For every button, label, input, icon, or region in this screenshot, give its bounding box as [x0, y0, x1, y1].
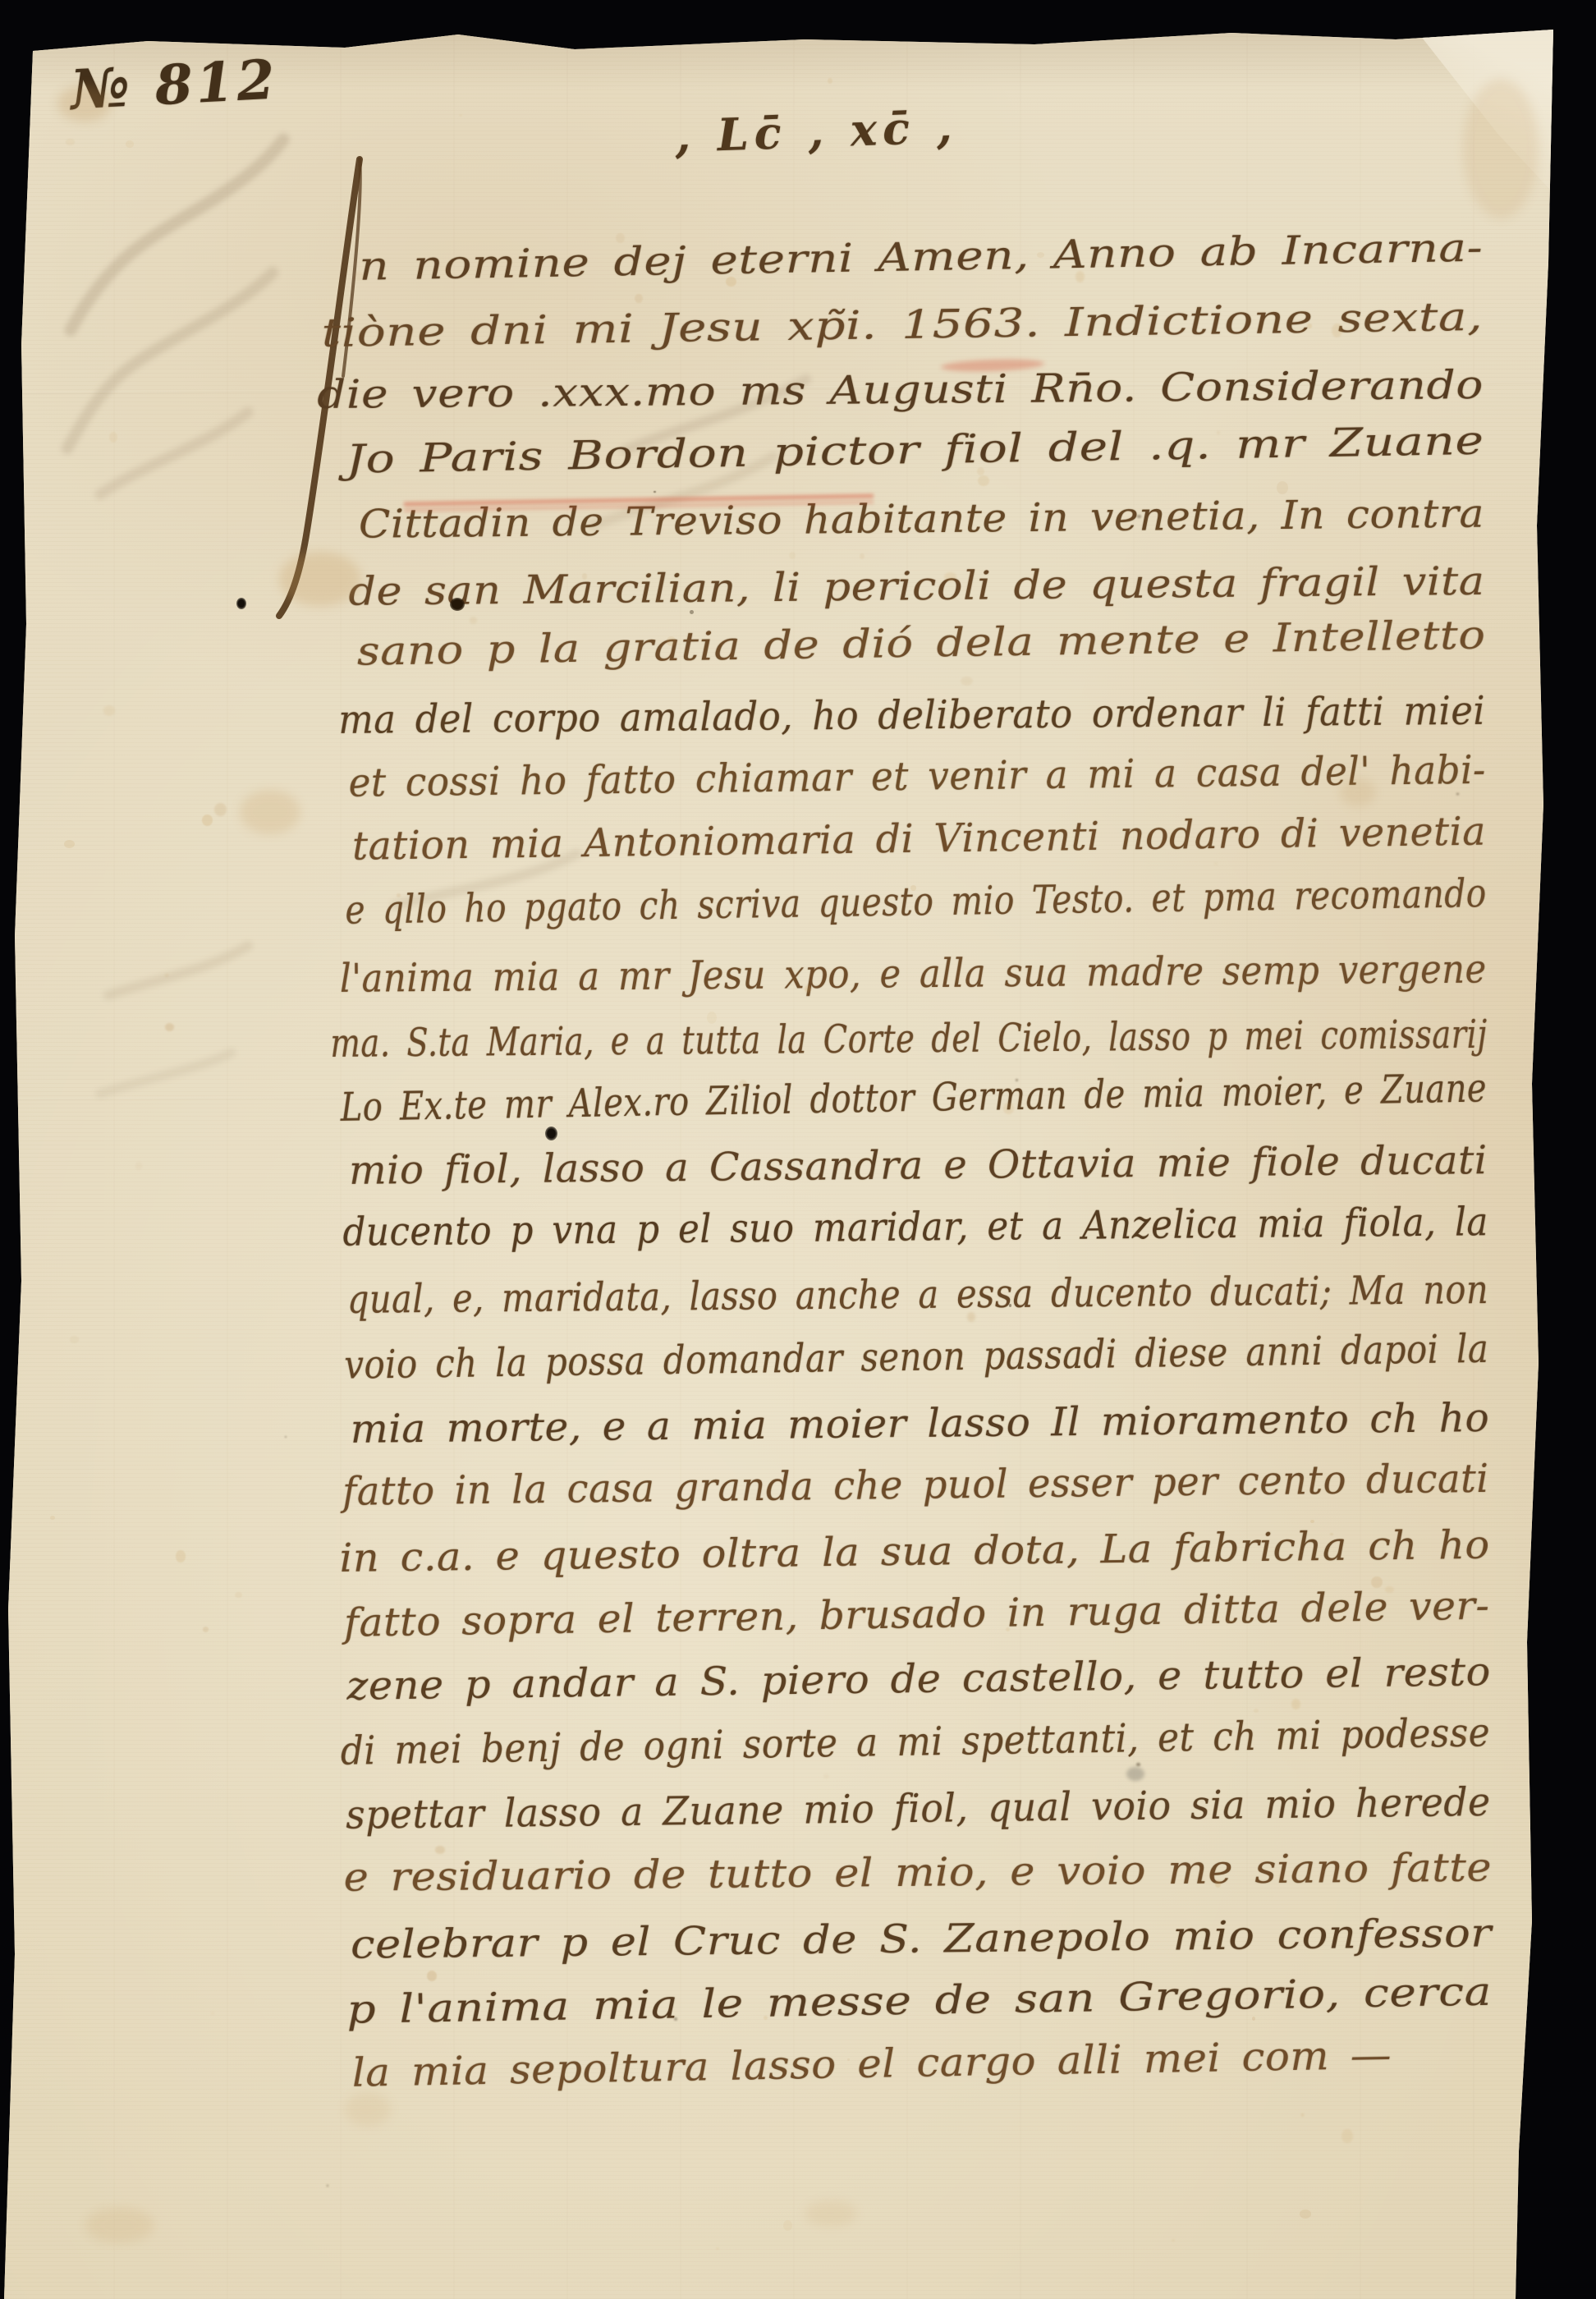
fox-spot [1447, 1473, 1452, 1480]
fox-spot [823, 1774, 829, 1779]
manuscript-line: ducento p vna p el suo maridar, et a Anz… [342, 1200, 1488, 1256]
fox-spot [967, 1312, 975, 1322]
ink-blot [450, 598, 465, 611]
fox-spot [1382, 1480, 1384, 1482]
fox-spot [214, 803, 227, 816]
stain [1340, 778, 1376, 806]
manuscript-line: mio fiol, lasso a Cassandra e Ottavia mi… [349, 1137, 1488, 1194]
fox-spot [1037, 252, 1044, 258]
manuscript-line: e qllo ho pgato ch scriva questo mio Tes… [345, 871, 1487, 934]
fox-spot [616, 233, 625, 242]
stain [85, 2207, 154, 2243]
fox-spot [66, 139, 75, 146]
manuscript-line: celebrar p el Cruc de S. Zanepolo mio co… [351, 1911, 1492, 1968]
manuscript-line: die vero .xxx.mo ms Augusti Rn̄o. Consid… [317, 363, 1484, 419]
manuscript-line: fatto sopra el terren, brusado in ruga d… [344, 1583, 1490, 1646]
fox-spot [70, 1336, 79, 1343]
manuscript-line: e residuario de tutto el mio, e voio me … [343, 1845, 1492, 1901]
fox-spot [860, 553, 864, 559]
stain [57, 85, 112, 122]
fox-spot [1332, 324, 1342, 337]
fox-spot [1277, 481, 1288, 494]
stain [240, 790, 300, 834]
fox-spot [354, 271, 364, 281]
manuscript-line: in c.a. e questo oltra la sua dota, La f… [339, 1522, 1490, 1581]
fox-spot [126, 140, 134, 147]
scan-background: № 812 , Lc̄ , xc̄ , n nomine dej eterni … [0, 0, 1596, 2299]
manuscript-line: et cossi ho fatto chiamar et venir a mi … [348, 747, 1486, 806]
fox-spot [1136, 1763, 1140, 1766]
fox-spot [203, 1627, 209, 1632]
manuscript-line: n nomine dej eterni Amen, Anno ab Incarn… [358, 225, 1483, 290]
fox-spot [285, 1436, 287, 1438]
manuscript-line: ma. S.ta Maria, e a tutta la Corte del C… [330, 1011, 1488, 1066]
fox-spot [1307, 324, 1312, 328]
paper-hole [236, 598, 246, 609]
stain [345, 2092, 391, 2127]
fox-spot [954, 388, 961, 395]
manuscript-line: de san Marcilian, li pericoli de questa … [348, 558, 1485, 614]
fox-spot [103, 705, 115, 715]
fox-spot [1300, 2210, 1311, 2219]
fox-spot [1137, 515, 1140, 518]
manuscript-line: qual, e, maridata, lasso anche a essa du… [347, 1267, 1489, 1323]
manuscript-line: p l'anima mia le messe de san Gregorio, … [346, 1968, 1492, 2032]
fox-spot [1291, 1699, 1300, 1709]
manuscript-line: Jo Paris Bordon pictor fiol del .q. mr Z… [346, 418, 1485, 483]
manuscript-line: l'anima mia a mr Jesu xpo, e alla sua ma… [340, 946, 1487, 1001]
stain [1463, 79, 1539, 218]
fox-spot [419, 1233, 423, 1237]
manuscript-line: voio ch la possa domandar senon passadi … [344, 1326, 1489, 1388]
manuscript-line: mia morte, e a mia moier lasso Il mioram… [350, 1395, 1489, 1452]
manuscript-line: tation mia Antoniomaria di Vincenti noda… [352, 809, 1487, 870]
fox-spot [978, 475, 989, 486]
manuscript-line: spettar lasso a Zuane mio fiol, qual voi… [346, 1779, 1491, 1838]
fox-spot [176, 1550, 185, 1562]
fox-spot [707, 1012, 717, 1024]
fox-spot [202, 815, 213, 826]
manuscript-line: sano p la gratia de dió dela mente e Int… [356, 613, 1486, 675]
stain [279, 552, 361, 606]
manuscript-line: zene p andar a S. piero de castello, e t… [346, 1650, 1491, 1710]
fox-spot [427, 1971, 437, 1981]
manuscript-text: n nomine dej eterni Amen, Anno ab Incarn… [0, 0, 1596, 2299]
fox-spot [716, 2247, 718, 2250]
manuscript-line: la mia sepoltura lasso el cargo alli mei… [352, 2032, 1392, 2096]
manuscript-line: di mei benj de ogni sorte a mi spettanti… [341, 1709, 1491, 1774]
manuscript-line: fatto in la casa granda che puol esser p… [342, 1456, 1489, 1515]
fox-spot [1003, 1103, 1014, 1114]
fox-spot [619, 1107, 623, 1112]
fox-spot [435, 1846, 445, 1854]
fox-spot [1310, 1520, 1314, 1523]
fox-spot [1385, 1586, 1394, 1593]
fox-spot [1461, 1735, 1468, 1741]
fox-spot [459, 114, 462, 117]
fox-spot [654, 491, 655, 493]
fox-spot [165, 1023, 174, 1031]
fox-spot [1016, 1079, 1018, 1082]
fox-spot [635, 294, 642, 303]
fox-spot [582, 573, 587, 579]
fox-spot [470, 617, 477, 623]
fox-spot [690, 610, 694, 614]
fox-spot [135, 1162, 142, 1170]
paper-hole [545, 1127, 557, 1140]
manuscript-page: № 812 , Lc̄ , xc̄ , n nomine dej eterni … [0, 0, 1596, 2299]
fox-spot [739, 1080, 747, 1088]
stain [805, 2200, 857, 2227]
manuscript-line: Lo Ex.te mr Alex.ro Ziliol dottor German… [340, 1066, 1487, 1131]
fox-spot [674, 2017, 677, 2021]
fox-spot [1215, 1880, 1221, 1888]
fox-spot [847, 2058, 850, 2062]
manuscript-line: ma del corpo amalado, ho deliberato orde… [338, 688, 1485, 743]
fox-spot [1364, 899, 1367, 902]
fox-spot [1261, 1416, 1263, 1420]
fox-spot [1252, 2017, 1255, 2021]
fox-spot [805, 985, 811, 993]
fox-spot [667, 636, 676, 646]
fox-spot [944, 572, 956, 581]
gray-smudge [1126, 1767, 1144, 1781]
fox-spot [1341, 2129, 1352, 2143]
fox-spot [1301, 2113, 1304, 2117]
fox-spot [165, 974, 168, 977]
